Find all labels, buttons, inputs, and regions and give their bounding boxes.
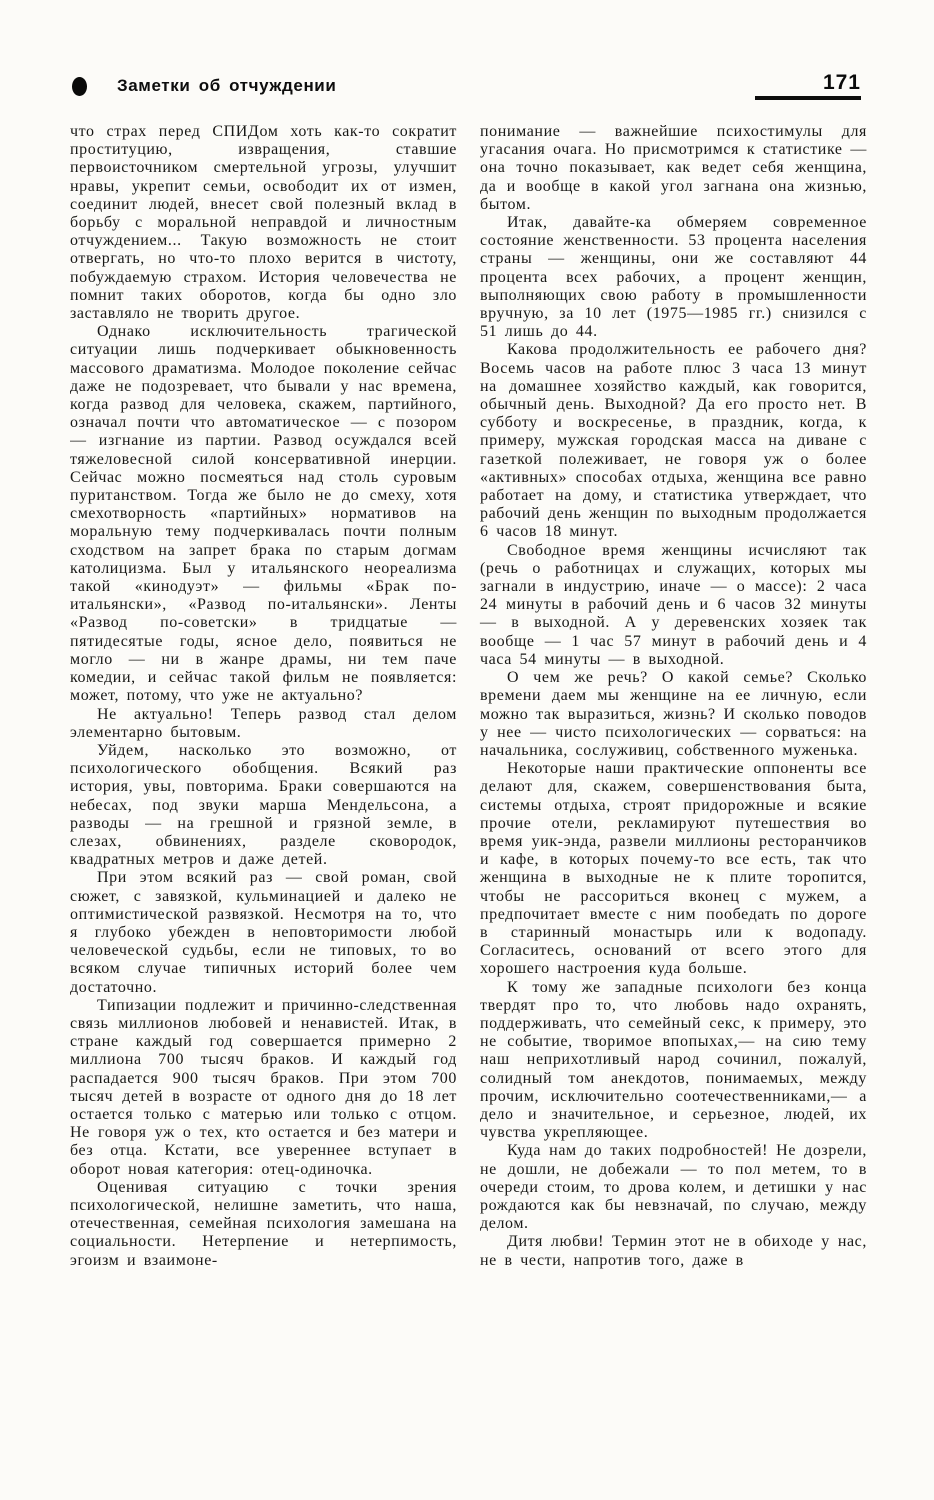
paragraph: Однако исключительность трагической ситу… — [70, 323, 457, 705]
paragraph: Куда нам до таких подробностей! Не дозре… — [480, 1142, 867, 1233]
paragraph: понимание — важнейшие психостимулы для у… — [480, 123, 867, 214]
page-number-rule — [755, 96, 861, 100]
paragraph: Уйдем, насколько это возможно, от психол… — [70, 742, 457, 869]
running-head-title: Заметки об отчуждении — [117, 76, 336, 96]
paragraph: К тому же западные психологи без конца т… — [480, 979, 867, 1143]
paragraph: О чем же речь? О какой семье? Сколько вр… — [480, 669, 867, 760]
page-number: 171 — [823, 71, 861, 95]
left-column: что страх перед СПИДом хоть как-то сокра… — [70, 123, 457, 1433]
paragraph: что страх перед СПИДом хоть как-то сокра… — [70, 123, 457, 323]
right-column: понимание — важнейшие психостимулы для у… — [480, 123, 867, 1433]
paragraph: Некоторые наши практические оппоненты вс… — [480, 760, 867, 978]
paragraph: Оценивая ситуацию с точки зрения психоло… — [70, 1179, 457, 1270]
paragraph: При этом всякий раз — свой роман, свой с… — [70, 869, 457, 996]
paragraph: Не актуально! Теперь развод стал делом э… — [70, 706, 457, 742]
paragraph: Какова продолжительность ее рабочего дня… — [480, 341, 867, 541]
article-body: что страх перед СПИДом хоть как-то сокра… — [70, 123, 868, 1433]
paragraph: Итак, давайте-ка обмеряем современное со… — [480, 214, 867, 341]
paragraph: Свободное время женщины исчисляют так (р… — [480, 542, 867, 669]
paragraph: Дитя любви! Термин этот не в обиходе у н… — [480, 1233, 867, 1269]
scanned-article-page: Заметки об отчуждении 171 что страх пере… — [0, 0, 934, 1500]
bullet-icon — [72, 77, 87, 96]
paragraph: Типизации подлежит и причинно-следственн… — [70, 997, 457, 1179]
